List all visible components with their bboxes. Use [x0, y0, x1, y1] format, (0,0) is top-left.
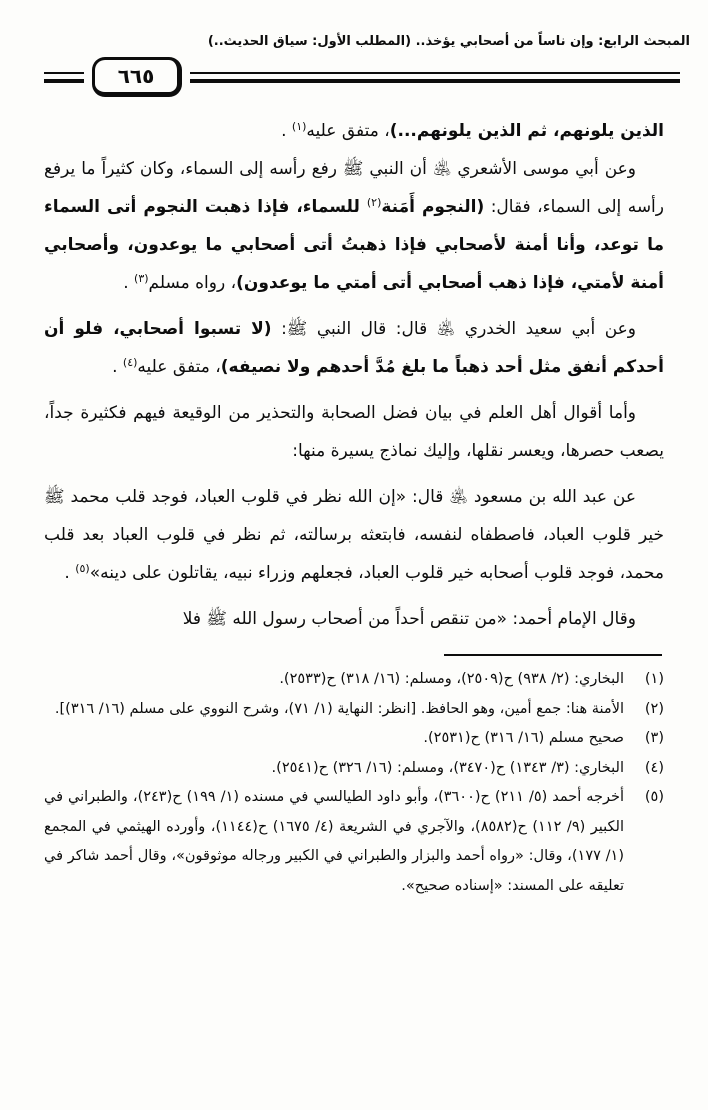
header-rule-left: [44, 72, 84, 83]
paragraph: عن عبد الله بن مسعود ﵁ قال: «إن الله نظر…: [44, 478, 664, 592]
text-segment: الذين يلونهم، ثم الذين يلونهم...): [390, 121, 664, 141]
footnote-ref: (٢): [367, 196, 382, 209]
text-segment: عن عبد الله بن مسعود ﵁ قال: «إن الله نظر…: [44, 487, 664, 583]
footnote-ref: (٥): [75, 562, 90, 575]
footnote-separator: [444, 654, 662, 656]
footnote-number: (٢): [624, 695, 664, 725]
text-segment: وأما أقوال أهل العلم في بيان فضل الصحابة…: [44, 403, 664, 461]
footnote-item: (١)البخاري: (٢/ ٩٣٨) ح(٢٥٠٩)، ومسلم: (١٦…: [44, 665, 664, 695]
text-segment: ، متفق عليه: [306, 121, 389, 141]
footnote-text: صحيح مسلم (١٦/ ٣١٦) ح(٢٥٣١).: [44, 724, 624, 754]
footnotes-block: (١)البخاري: (٢/ ٩٣٨) ح(٢٥٠٩)، ومسلم: (١٦…: [0, 654, 708, 901]
page-number: ٦٦٥: [118, 64, 155, 88]
footnotes-list: (١)البخاري: (٢/ ٩٣٨) ح(٢٥٠٩)، ومسلم: (١٦…: [44, 665, 664, 901]
footnote-item: (٤)البخاري: (٣/ ١٣٤٣) ح(٣٤٧٠)، ومسلم: (١…: [44, 754, 664, 784]
running-head-title: المبحث الرابع: وإن ناساً من أصحابي يؤخذ.…: [18, 34, 690, 49]
page-number-badge: ٦٦٥: [92, 57, 182, 97]
footnote-text: الأمنة هنا: جمع أمين، وهو الحافظ. [انظر:…: [44, 695, 624, 725]
text-segment: .: [112, 357, 123, 377]
footnote-number: (٤): [624, 754, 664, 784]
footnote-number: (١): [624, 665, 664, 695]
footnote-text: أخرجه أحمد (٥/ ٢١١) ح(٣٦٠٠)، وأبو داود ا…: [44, 783, 624, 901]
footnote-item: (٢)الأمنة هنا: جمع أمين، وهو الحافظ. [ان…: [44, 695, 664, 725]
footnote-item: (٣)صحيح مسلم (١٦/ ٣١٦) ح(٢٥٣١).: [44, 724, 664, 754]
text-segment: .: [64, 563, 75, 583]
footnote-ref: (٣): [134, 272, 149, 285]
text-segment: .: [123, 273, 134, 293]
text-segment: (النجوم أَمَنة: [381, 197, 484, 217]
book-page: المبحث الرابع: وإن ناساً من أصحابي يؤخذ.…: [0, 0, 708, 1110]
footnote-text: البخاري: (٣/ ١٣٤٣) ح(٣٤٧٠)، ومسلم: (١٦/ …: [44, 754, 624, 784]
footnote-number: (٥): [624, 783, 664, 901]
text-segment: وعن أبي سعيد الخدري ﵁ قال: قال النبي ﷺ:: [272, 319, 636, 339]
footnote-item: (٥)أخرجه أحمد (٥/ ٢١١) ح(٣٦٠٠)، وأبو داو…: [44, 783, 664, 901]
text-segment: ، رواه مسلم: [149, 273, 237, 293]
paragraph: وقال الإمام أحمد: «من تنقص أحداً من أصحا…: [44, 600, 664, 638]
paragraph: وأما أقوال أهل العلم في بيان فضل الصحابة…: [44, 394, 664, 470]
footnote-ref: (١): [292, 120, 307, 133]
page-header: المبحث الرابع: وإن ناساً من أصحابي يؤخذ.…: [0, 0, 708, 98]
text-segment: .: [281, 121, 292, 141]
header-rule-right: [190, 72, 680, 83]
header-rule-row: ٦٦٥: [18, 56, 690, 98]
paragraph: الذين يلونهم، ثم الذين يلونهم...)، متفق …: [44, 112, 664, 150]
text-segment: وقال الإمام أحمد: «من تنقص أحداً من أصحا…: [183, 609, 636, 629]
footnote-number: (٣): [624, 724, 664, 754]
body-text: الذين يلونهم، ثم الذين يلونهم...)، متفق …: [0, 98, 708, 638]
footnote-ref: (٤): [123, 356, 138, 369]
paragraph: وعن أبي سعيد الخدري ﵁ قال: قال النبي ﷺ: …: [44, 310, 664, 386]
paragraph: وعن أبي موسى الأشعري ﵁ أن النبي ﷺ رفع رأ…: [44, 150, 664, 302]
text-segment: ، متفق عليه: [137, 357, 220, 377]
footnote-text: البخاري: (٢/ ٩٣٨) ح(٢٥٠٩)، ومسلم: (١٦/ ٣…: [44, 665, 624, 695]
